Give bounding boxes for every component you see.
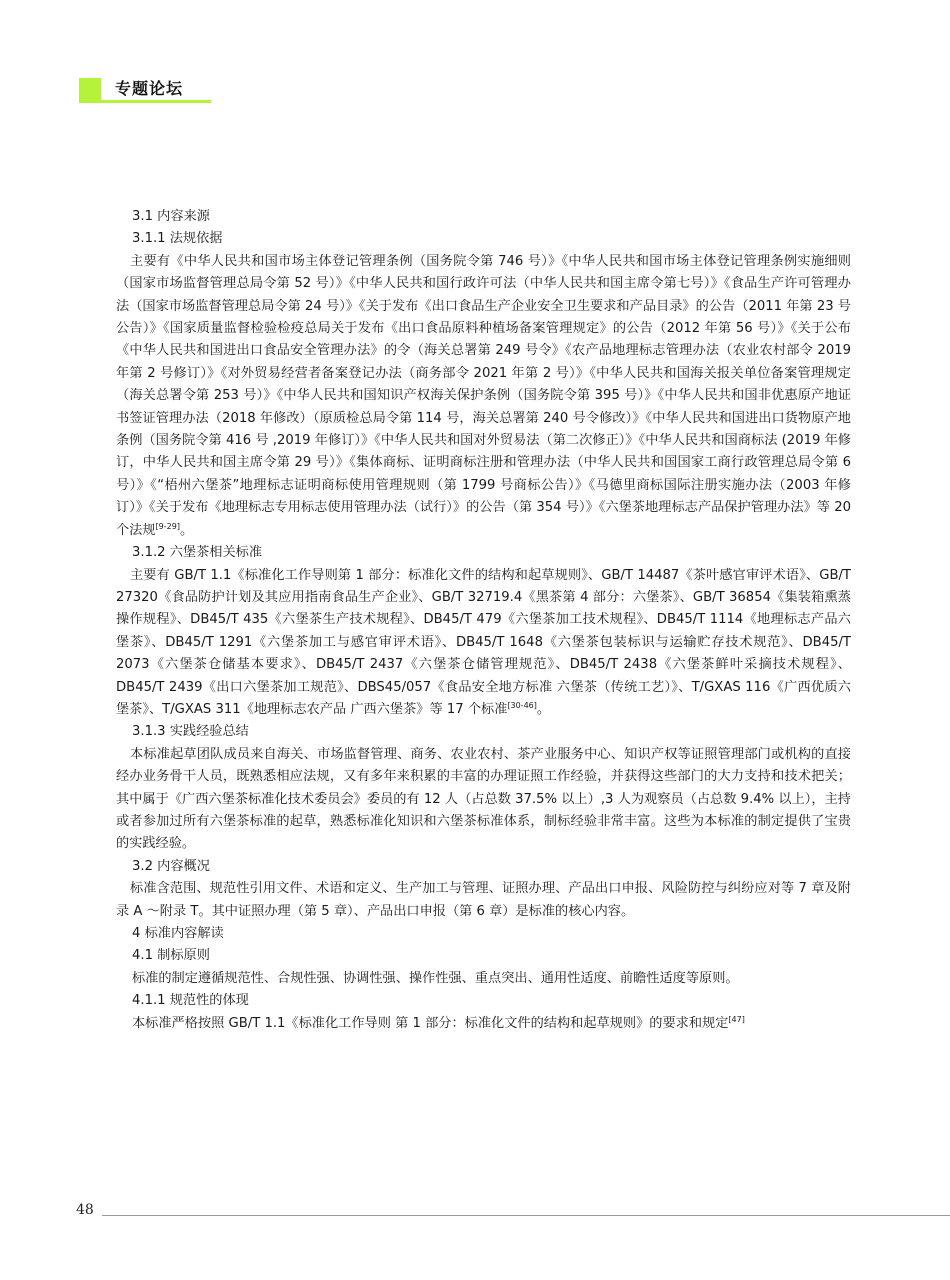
paragraph-principles: 标准的制定遵循规范性、合规性强、协调性强、操作性强、重点突出、通用性适度、前瞻性… [116, 968, 851, 990]
section-heading-3-1-2: 3.1.2 六堡茶相关标准 [116, 542, 851, 564]
section-heading-4-1: 4.1 制标原则 [116, 945, 851, 967]
column-tag: 专题论坛 [79, 78, 211, 104]
citation-ref: [9-29] [156, 522, 180, 531]
section-heading-4: 4 标准内容解读 [116, 923, 851, 945]
section-heading-4-1-1: 4.1.1 规范性的体现 [116, 990, 851, 1012]
paragraph-regulations: 主要有《中华人民共和国市场主体登记管理条例（国务院令第 746 号）》《中华人民… [116, 251, 851, 542]
citation-ref: [47] [728, 1015, 744, 1024]
page-footer: 48 [76, 1202, 950, 1222]
citation-ref: [30-46] [507, 701, 537, 710]
section-heading-3-1-1: 3.1.1 法规依据 [116, 228, 851, 250]
footer-rule [102, 1215, 950, 1216]
column-tag-underline [79, 100, 211, 103]
paragraph-standards: 主要有 GB/T 1.1《标准化工作导则第 1 部分：标准化文件的结构和起草规则… [116, 565, 851, 722]
column-tag-square [79, 78, 101, 100]
section-heading-3-1: 3.1 内容来源 [116, 206, 851, 228]
paragraph-experience: 本标准起草团队成员来自海关、市场监督管理、商务、农业农村、茶产业服务中心、知识产… [116, 744, 851, 856]
article-body: 3.1 内容来源 3.1.1 法规依据 主要有《中华人民共和国市场主体登记管理条… [116, 206, 851, 1035]
paragraph-overview: 标准含范围、规范性引用文件、术语和定义、生产加工与管理、证照办理、产品出口申报、… [116, 878, 851, 923]
section-heading-3-1-3: 3.1.3 实践经验总结 [116, 721, 851, 743]
paragraph-normativity: 本标准严格按照 GB/T 1.1《标准化工作导则 第 1 部分：标准化文件的结构… [116, 1013, 851, 1035]
section-heading-3-2: 3.2 内容概况 [116, 856, 851, 878]
column-label: 专题论坛 [115, 76, 183, 99]
page-number: 48 [76, 1202, 94, 1218]
